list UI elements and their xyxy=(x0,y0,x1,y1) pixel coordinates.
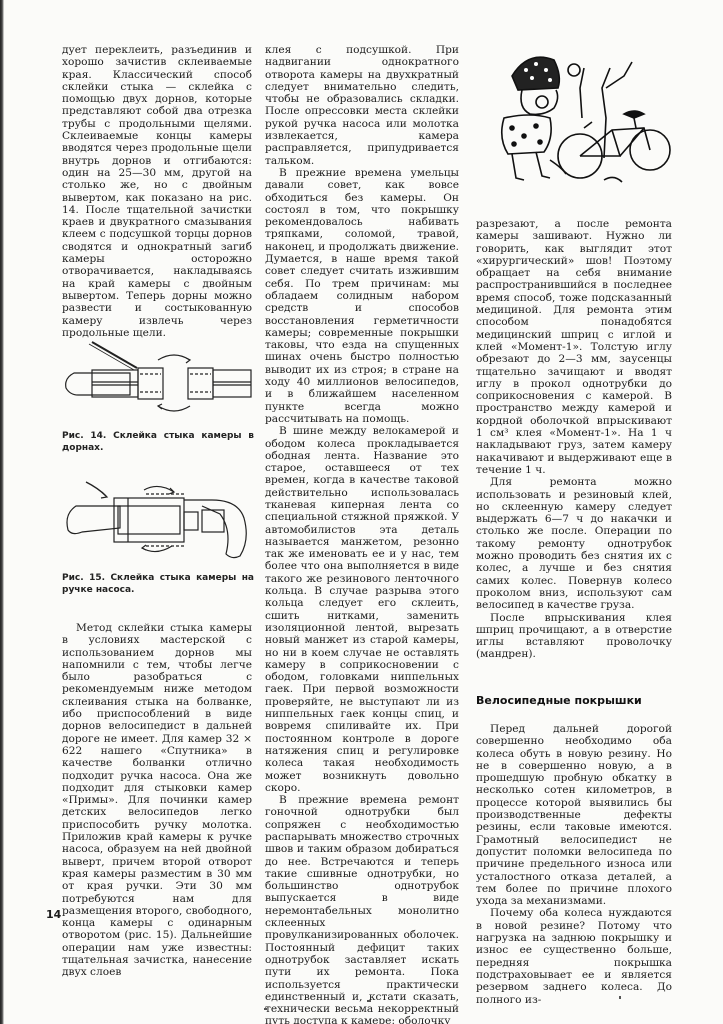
cyclist-cartoon-illustration xyxy=(484,48,684,198)
column-3: разрезают, а после ремонта камеры зашива… xyxy=(476,218,672,1006)
scan-speck xyxy=(619,996,621,999)
paragraph: дует переклеить, разъединив и хорошо зач… xyxy=(62,44,252,339)
column-1-bottom: Метод склейки стыка камеры в условиях ма… xyxy=(62,622,252,979)
figure-15-caption: Рис. 15. Склейка стыка камеры на ручке н… xyxy=(62,572,254,596)
paragraph: В прежние времена ремонт гоночной однотр… xyxy=(265,794,459,1024)
figure-14: Рис. 14. Склейка стыка камеры в дорнах. xyxy=(62,340,254,452)
figure-label: Рис. 14. xyxy=(62,431,106,441)
paragraph: После впрыскивания клея шприц прочищают,… xyxy=(476,612,672,661)
figure-label: Рис. 15. xyxy=(62,573,105,583)
scan-speck xyxy=(367,1000,371,1002)
paragraph: В прежние времена умельцы давали совет, … xyxy=(265,167,459,425)
paragraph: Метод склейки стыка камеры в условиях ма… xyxy=(62,622,252,979)
paragraph: В шине между велокамерой и ободом колеса… xyxy=(265,425,459,794)
page-binding-edge xyxy=(0,0,4,1024)
paragraph: клея с подсушкой. При надвигании однокра… xyxy=(265,44,459,167)
page-number: 14 xyxy=(46,908,61,921)
paragraph: Почему оба колеса нуждаются в новой рези… xyxy=(476,907,672,1005)
paragraph: Перед дальней дорогой совершенно необход… xyxy=(476,723,672,907)
man-pumping-bicycle-tire-icon xyxy=(484,48,684,198)
column-2: клея с подсушкой. При надвигании однокра… xyxy=(265,44,459,1024)
section-heading: Велосипедные покрышки xyxy=(476,695,672,707)
column-1-top: дует переклеить, разъединив и хорошо зач… xyxy=(62,44,252,339)
paragraph: Для ремонта можно использовать и резинов… xyxy=(476,476,672,611)
tube-joint-on-pump-handle-illustration xyxy=(62,470,254,562)
tube-joint-in-mandrels-illustration xyxy=(62,340,254,420)
paragraph: разрезают, а после ремонта камеры зашива… xyxy=(476,218,672,476)
scan-speck xyxy=(264,1008,267,1010)
figure-15: Рис. 15. Склейка стыка камеры на ручке н… xyxy=(62,470,254,600)
figure-14-caption: Рис. 14. Склейка стыка камеры в дорнах. xyxy=(62,430,254,454)
